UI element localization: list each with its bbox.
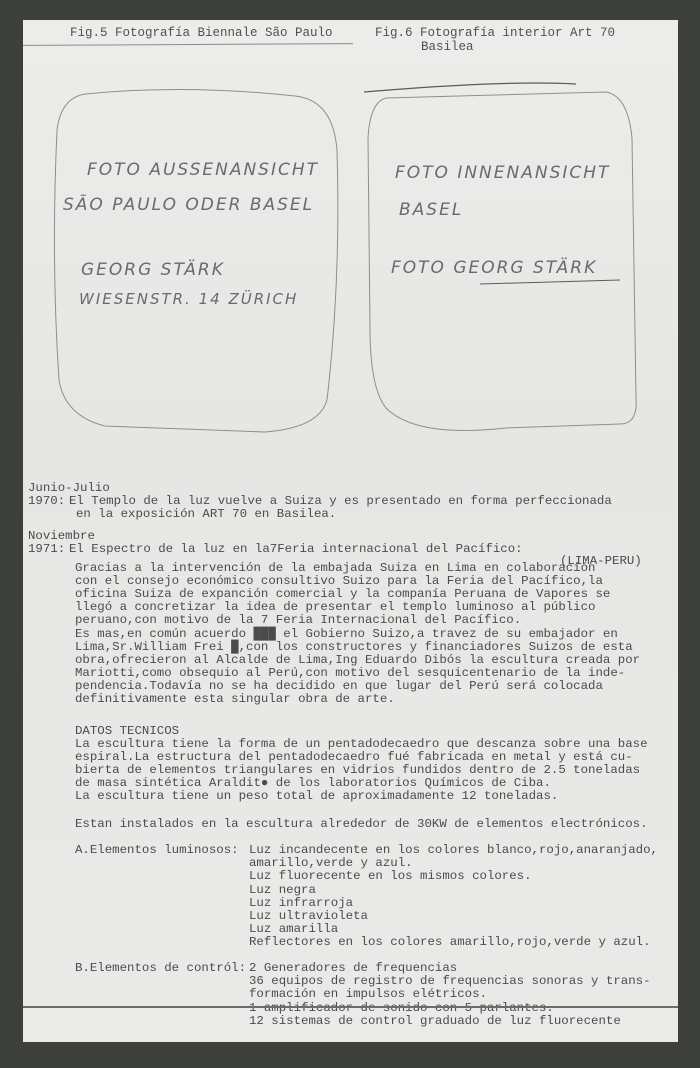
luminous-label: A.Elementos luminosos: [75, 844, 239, 857]
year-label: 1970: [28, 495, 65, 508]
control-item: 36 equipos de registro de frequencias so… [249, 975, 651, 988]
document-page: Fig.5 Fotografía Biennale São Paulo Fig.… [23, 20, 678, 1042]
paragraph-line: Mariotti,como obsequio al Perú,con motiv… [75, 667, 625, 680]
paragraph-line: definitivamente esta singular obra de ar… [75, 693, 395, 706]
fold-line [23, 43, 353, 46]
handwritten-note: Foto Aussenansicht [87, 160, 319, 180]
fig5-caption: Fig.5 Fotografía Biennale São Paulo [70, 26, 333, 40]
paragraph-line: Es mas,en común acuerdo ███ el Gobierno … [75, 628, 618, 641]
technical-line: espiral.La estructura del pentadodecaedr… [75, 751, 633, 764]
handwritten-note: São Paulo oder Basel [63, 195, 314, 215]
paragraph-line: con el consejo económico consultivo Suiz… [75, 575, 603, 588]
paragraph-line: Lima,Sr.William Frei █,con los construct… [75, 641, 633, 654]
technical-line: La escultura tiene un peso total de apro… [75, 790, 558, 803]
year-label: 1971: [28, 543, 65, 556]
fig6-caption-line2: Basilea [421, 40, 474, 54]
control-label: B.Elementos de contról: [75, 962, 246, 975]
control-item: 12 sistemas de control graduado de luz f… [249, 1015, 621, 1028]
handwritten-note: Wiesenstr. 14 Zürich [79, 290, 298, 308]
technical-line: de masa sintética Araldit● de los labora… [75, 777, 551, 790]
technical-line: bierta de elementos triangulares en vidr… [75, 764, 640, 777]
paragraph-line: peruano,con motivo de la 7 Feria Interna… [75, 614, 521, 627]
luminous-item: Luz incandecente en los colores blanco,r… [249, 844, 658, 857]
paragraph-line: llegó a concretizar la idea de presentar… [75, 601, 596, 614]
installed-text: Estan instalados en la escultura alreded… [75, 818, 648, 831]
handwritten-note: Georg Stärk [81, 260, 225, 280]
paragraph-line: obra,ofrecieron al Alcalde de Lima,Ing E… [75, 654, 640, 667]
entry-text: en la exposición ART 70 en Basilea. [76, 508, 336, 521]
control-item: formación en impulsos elétricos. [249, 988, 487, 1001]
paragraph-line: pendencia.Todavía no se ha decidido en q… [75, 680, 603, 693]
fold-line-bottom [23, 1006, 678, 1008]
control-item: 2 Generadores de frequencias [249, 962, 457, 975]
technical-line: La escultura tiene la forma de un pentad… [75, 738, 648, 751]
luminous-item: Reflectores en los colores amarillo,rojo… [249, 936, 651, 949]
control-item: 1 amplificador de sonido con 5 parlantes… [249, 1002, 554, 1015]
handwritten-note: Foto Innenansicht [395, 163, 610, 183]
luminous-item: Luz amarilla [249, 923, 338, 936]
paragraph-line: Gracias a la intervención de la embajada… [75, 562, 596, 575]
luminous-item: Luz negra [249, 884, 316, 897]
luminous-item: amarillo,verde y azul. [249, 857, 413, 870]
paragraph-line: oficina Suiza de expanción comercial y l… [75, 588, 610, 601]
handwritten-note: Basel [399, 200, 463, 220]
luminous-item: Luz infrarroja [249, 897, 353, 910]
luminous-item: Luz ultravioleta [249, 910, 368, 923]
handwritten-note: Foto Georg Stärk [391, 258, 597, 278]
fig6-caption: Fig.6 Fotografía interior Art 70 [375, 26, 615, 40]
luminous-item: Luz fluorecente en los mismos colores. [249, 870, 532, 883]
entry-text: El Espectro de la luz en la7Feria intern… [69, 543, 523, 556]
